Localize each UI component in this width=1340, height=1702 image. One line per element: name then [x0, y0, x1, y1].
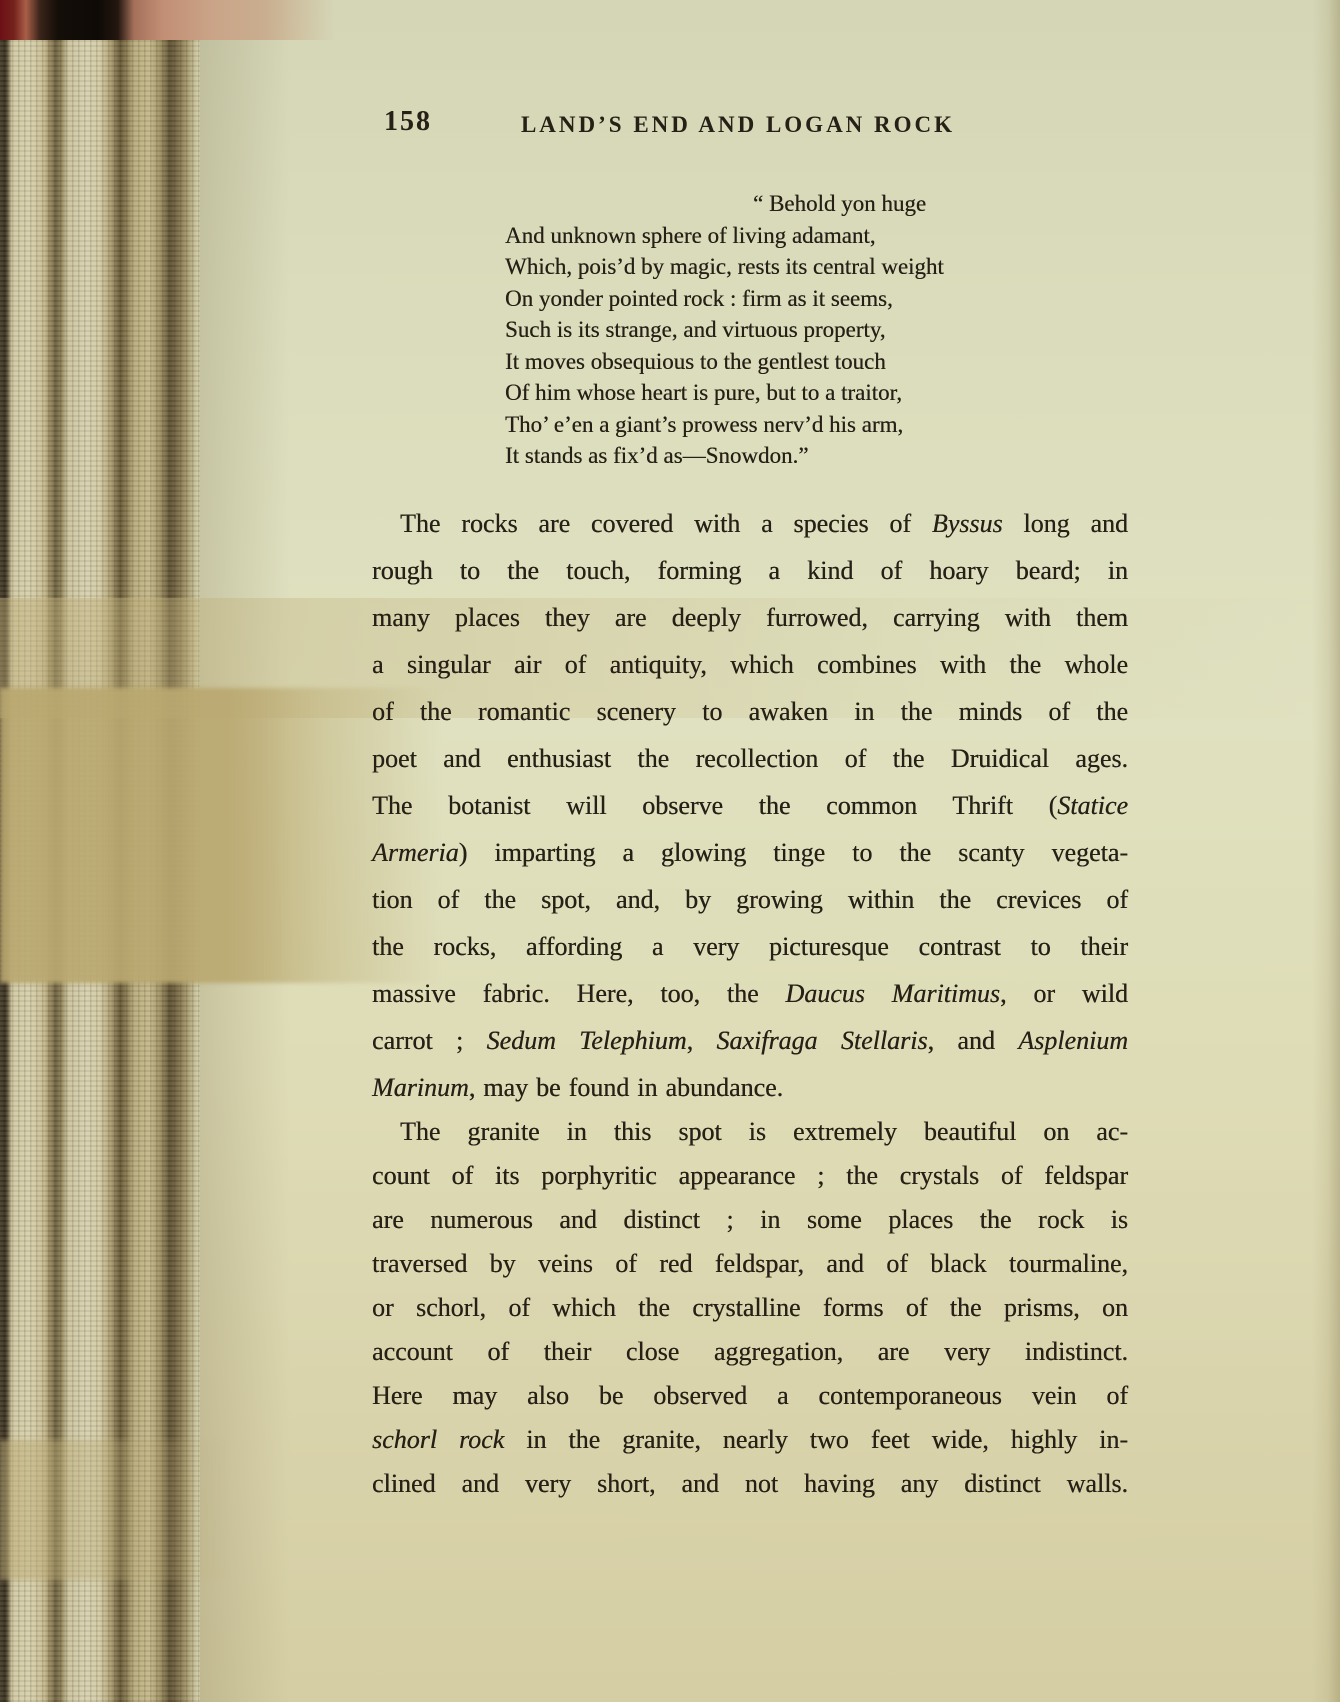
text-line: a singular air of antiquity, which combi… [372, 641, 1128, 688]
text-line: massive fabric. Here, too, the Daucus Ma… [372, 970, 1128, 1017]
text-line: It moves obsequious to the gentlest touc… [505, 346, 1133, 378]
page-number: 158 [384, 106, 432, 138]
text-line: tion of the spot, and, by growing within… [372, 876, 1128, 923]
text-line: carrot ; Sedum Telephium, Saxifraga Stel… [372, 1017, 1128, 1064]
text-line: “ Behold yon huge [505, 188, 1133, 220]
text-line: of the romantic scenery to awaken in the… [372, 688, 1128, 735]
text-line: clined and very short, and not having an… [372, 1462, 1128, 1506]
poem-quotation: “ Behold yon hugeAnd unknown sphere of l… [505, 188, 1133, 472]
page-curl-shadow [1310, 0, 1340, 1702]
scan-blur-artifact-lower [0, 1440, 230, 1580]
text-line: are numerous and distinct ; in some plac… [372, 1198, 1128, 1242]
text-line: Which, pois’d by magic, rests its centra… [505, 251, 1133, 283]
text-line: account of their close aggregation, are … [372, 1330, 1128, 1374]
text-line: count of its porphyritic appearance ; th… [372, 1154, 1128, 1198]
running-title: LAND’S END AND LOGAN ROCK [498, 112, 978, 138]
text-line: The botanist will observe the common Thr… [372, 782, 1128, 829]
text-line: The rocks are covered with a species of … [372, 500, 1128, 547]
text-line: many places they are deeply furrowed, ca… [372, 594, 1128, 641]
paragraph-granite: The granite in this spot is extremely be… [372, 1110, 1128, 1506]
text-line: On yonder pointed rock : firm as it seem… [505, 283, 1133, 315]
text-line: Such is its strange, and virtuous proper… [505, 314, 1133, 346]
text-line: rough to the touch, forming a kind of ho… [372, 547, 1128, 594]
paragraph-botany: The rocks are covered with a species of … [372, 500, 1128, 1111]
text-line: or schorl, of which the crystalline form… [372, 1286, 1128, 1330]
text-line: Armeria) imparting a glowing tinge to th… [372, 829, 1128, 876]
text-line: the rocks, affording a very picturesque … [372, 923, 1128, 970]
text-line: poet and enthusiast the recollection of … [372, 735, 1128, 782]
text-line: traversed by veins of red feldspar, and … [372, 1242, 1128, 1286]
text-line: Here may also be observed a contemporane… [372, 1374, 1128, 1418]
text-line: The granite in this spot is extremely be… [372, 1110, 1128, 1154]
text-line: Of him whose heart is pure, but to a tra… [505, 377, 1133, 409]
book-cover-shadow [0, 0, 335, 40]
text-line: schorl rock in the granite, nearly two f… [372, 1418, 1128, 1462]
text-line: It stands as fix’d as—Snowdon.” [505, 440, 1133, 472]
scanned-book-page: 158 LAND’S END AND LOGAN ROCK “ Behold y… [0, 0, 1340, 1702]
text-line: And unknown sphere of living adamant, [505, 220, 1133, 252]
text-line: Tho’ e’en a giant’s prowess nerv’d his a… [505, 409, 1133, 441]
text-line: Marinum, may be found in abundance. [372, 1064, 1128, 1111]
